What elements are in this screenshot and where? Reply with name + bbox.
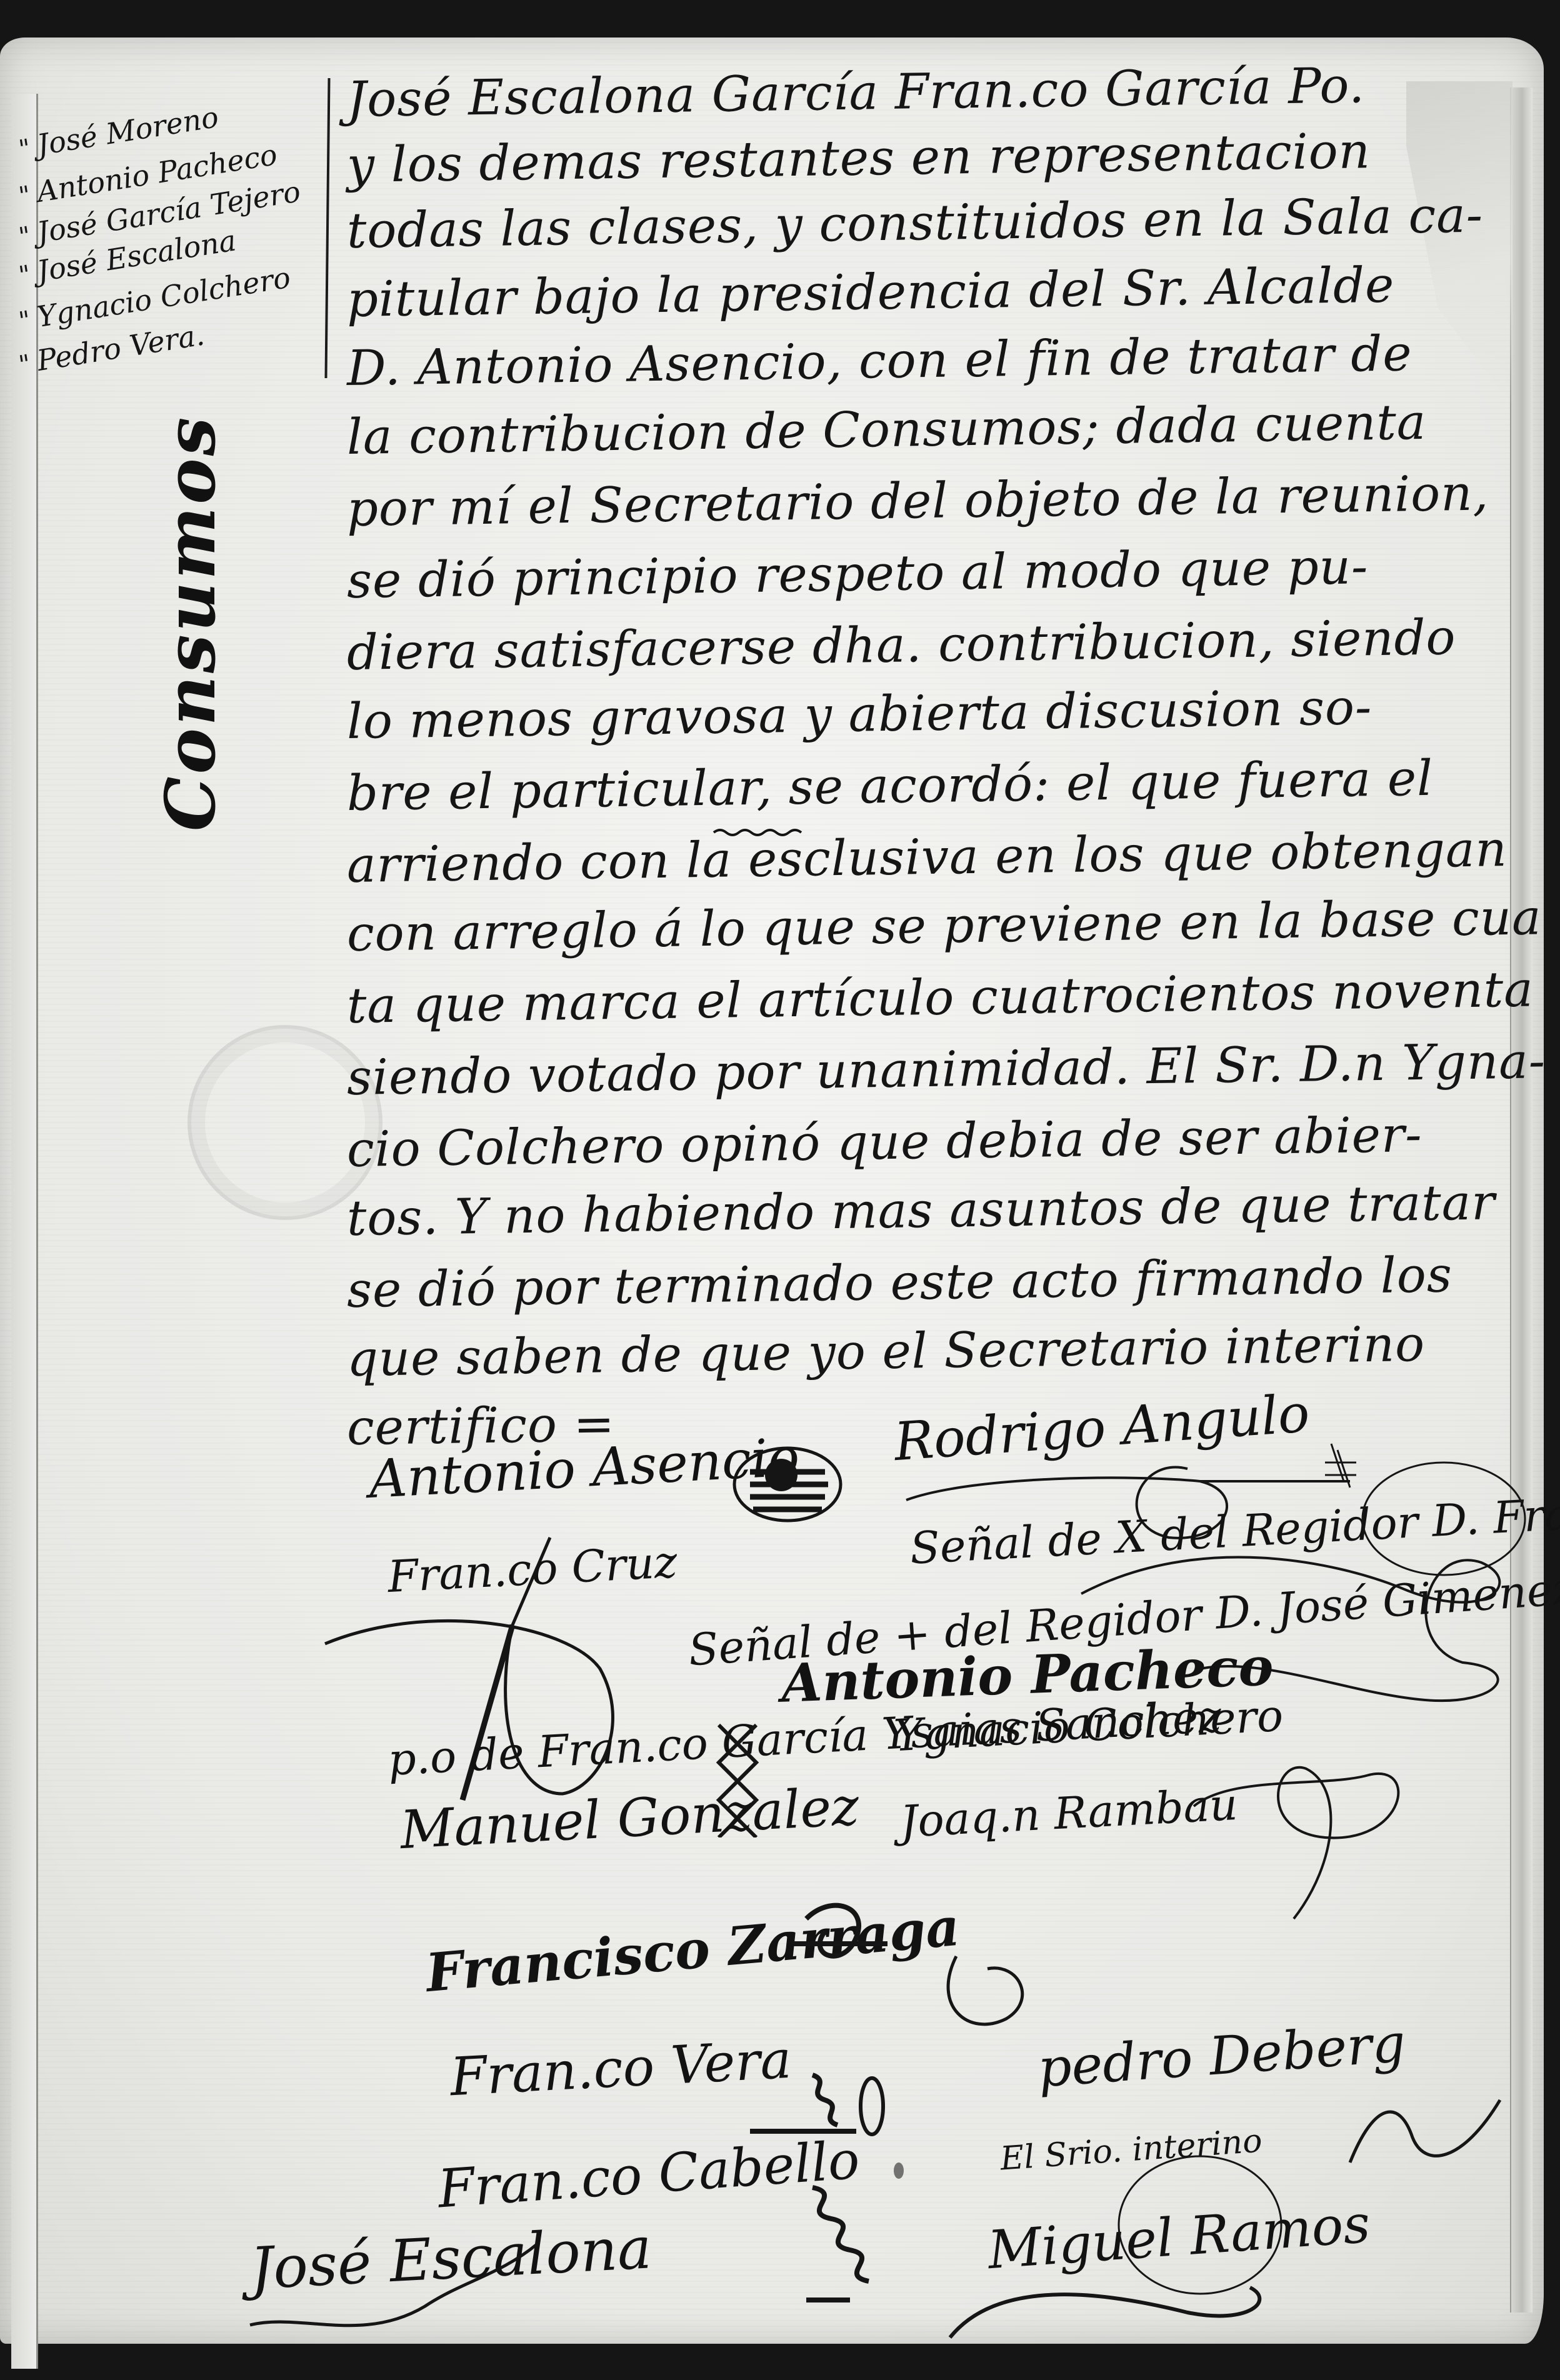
page-binding-edge <box>11 94 38 2369</box>
marginal-title-consumos: Consumos <box>150 415 231 832</box>
ink-blot <box>894 2162 904 2179</box>
page-stack-edge <box>1510 87 1532 2312</box>
